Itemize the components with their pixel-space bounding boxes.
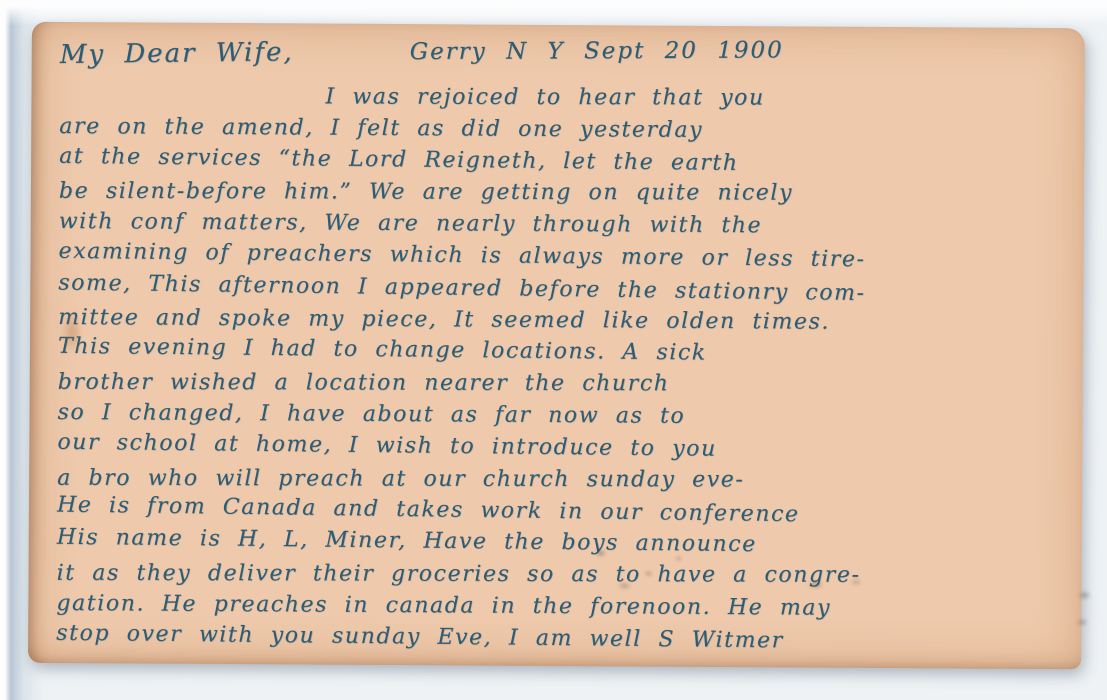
letter-header: My Dear Wife, Gerry N Y Sept 20 1900: [60, 37, 1061, 85]
salutation: My Dear Wife,: [60, 36, 410, 70]
letter-line: be silent-before him.” We are getting on…: [59, 176, 1060, 210]
postmark-smudge: [1063, 580, 1105, 640]
letter-line: I was rejoiced to hear that you: [59, 81, 1060, 115]
letter-body: I was rejoiced to hear that youare on th…: [56, 79, 1060, 657]
handwritten-letter: My Dear Wife, Gerry N Y Sept 20 1900 I w…: [56, 37, 1061, 657]
letter-line: it as they deliver their groceries so as…: [57, 558, 1058, 592]
postcard-scan: My Dear Wife, Gerry N Y Sept 20 1900 I w…: [28, 22, 1085, 669]
letter-line: brother wished a location nearer the chu…: [58, 367, 1059, 401]
dateline: Gerry N Y Sept 20 1900: [410, 37, 784, 65]
